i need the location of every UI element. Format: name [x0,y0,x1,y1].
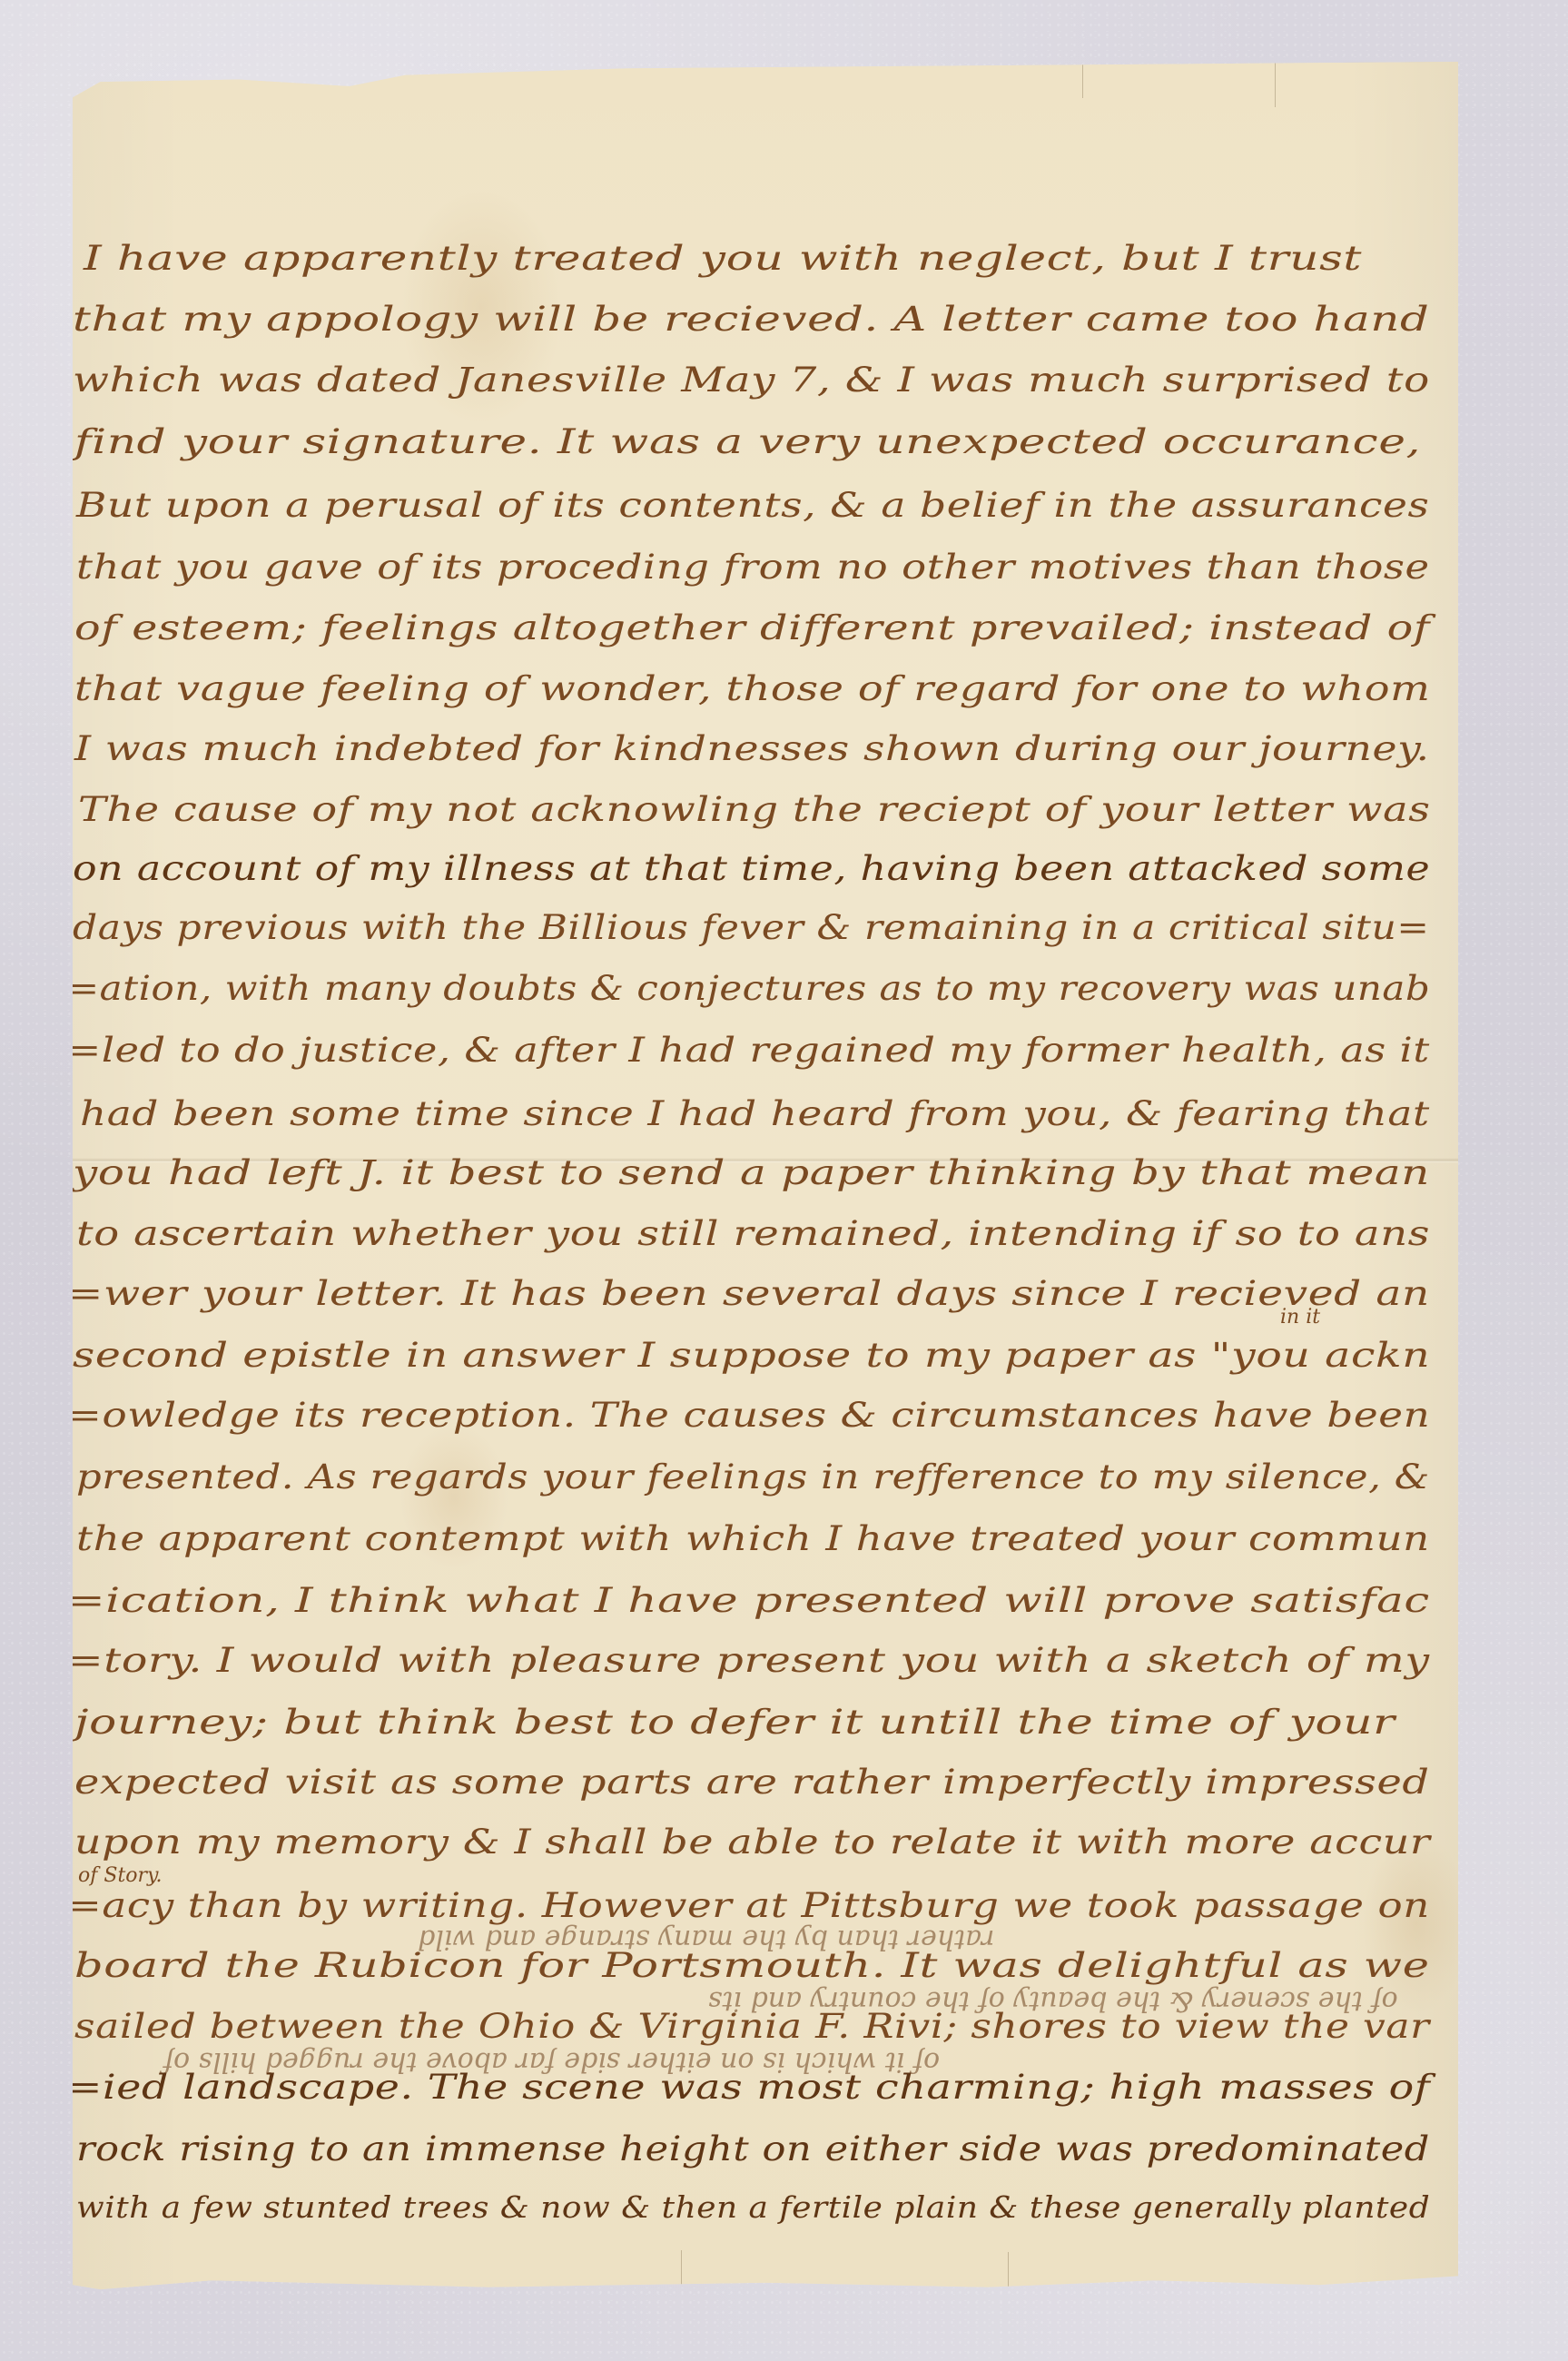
letter-line: that you gave of its proceding from no o… [76,550,1430,584]
letter-line: =owledge its reception. The causes & cir… [67,1398,1430,1432]
letter-line: that vague feeling of wonder, those of r… [74,672,1431,706]
letter-line: the apparent contempt with which I have … [76,1522,1430,1556]
letter-line: =tory. I would with pleasure present you… [67,1644,1430,1677]
letter-line: But upon a perusal of its contents, & a … [76,489,1429,522]
letter-line: The cause of my not acknowling the recie… [78,793,1431,826]
letter-line: to ascertain whether you still remained,… [76,1217,1430,1250]
letter-line: =ation, with many doubts & conjectures a… [67,972,1430,1005]
letter-line: you had left J. it best to send a paper … [73,1156,1430,1190]
letter-line: of esteem; feelings altogether different… [74,611,1430,645]
interline-insertion: of Story. [78,1864,163,1887]
letter-line: days previous with the Billious fever & … [73,911,1430,944]
letter-line: sailed between the Ohio & Virginia F. Ri… [74,2010,1430,2043]
letter-line: board the Rubicon for Portsmouth. It was… [74,1949,1430,1982]
letter-line: that my appology will be recieved. A let… [73,302,1429,336]
letter-line: presented. As regards your feelings in r… [76,1460,1430,1494]
letter-line: second epistle in answer I suppose to my… [73,1339,1430,1372]
letter-line: =ied landscape. The scene was most charm… [67,2070,1430,2104]
letter-line: I was much indebted for kindnesses shown… [74,732,1430,766]
letter-line: =acy than by writing. However at Pittsbu… [67,1889,1430,1922]
letter-line: rock rising to an immense height on eith… [76,2132,1430,2166]
letter-line: which was dated Janesville May 7, & I wa… [73,363,1430,397]
letter-line: find your signature. It was a very unexp… [74,425,1421,459]
letter-line: expected visit as some parts are rather … [74,1765,1430,1799]
letter-line: had been some time since I had heard fro… [80,1097,1430,1131]
interline-insertion: in it [1280,1306,1320,1329]
letter-line: with a few stunted trees & now & then a … [76,2192,1430,2222]
letter-page: I have apparently treated you with negle… [73,62,1458,2294]
letter-line: =wer your letter. It has been several da… [67,1277,1430,1310]
letter-line: upon my memory & I shall be able to rela… [74,1825,1430,1859]
letter-line: journey; but think best to defer it unti… [74,1705,1395,1739]
letter-line: I have apparently treated you with negle… [84,242,1362,275]
letter-line: on account of my illness at that time, h… [73,852,1430,885]
letter-body: I have apparently treated you with negle… [73,62,1458,2294]
letter-line: =ication, I think what I have presented … [67,1584,1430,1617]
letter-line: =led to do justice, & after I had regain… [67,1033,1430,1067]
